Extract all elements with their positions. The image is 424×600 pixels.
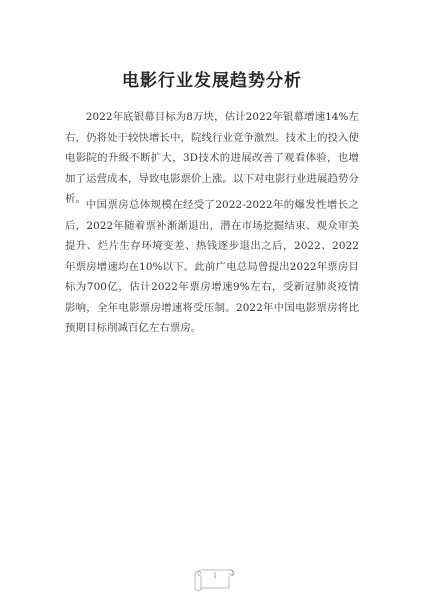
paragraph-2: 中国票房总体规模在经受了2022-2022年的爆发性增长之后，2022年随着票补… [65, 195, 359, 339]
page-number-scroll: 1 [193, 566, 233, 590]
document-title: 电影行业发展趋势分析 [0, 66, 424, 91]
page-number: 1 [193, 572, 237, 580]
